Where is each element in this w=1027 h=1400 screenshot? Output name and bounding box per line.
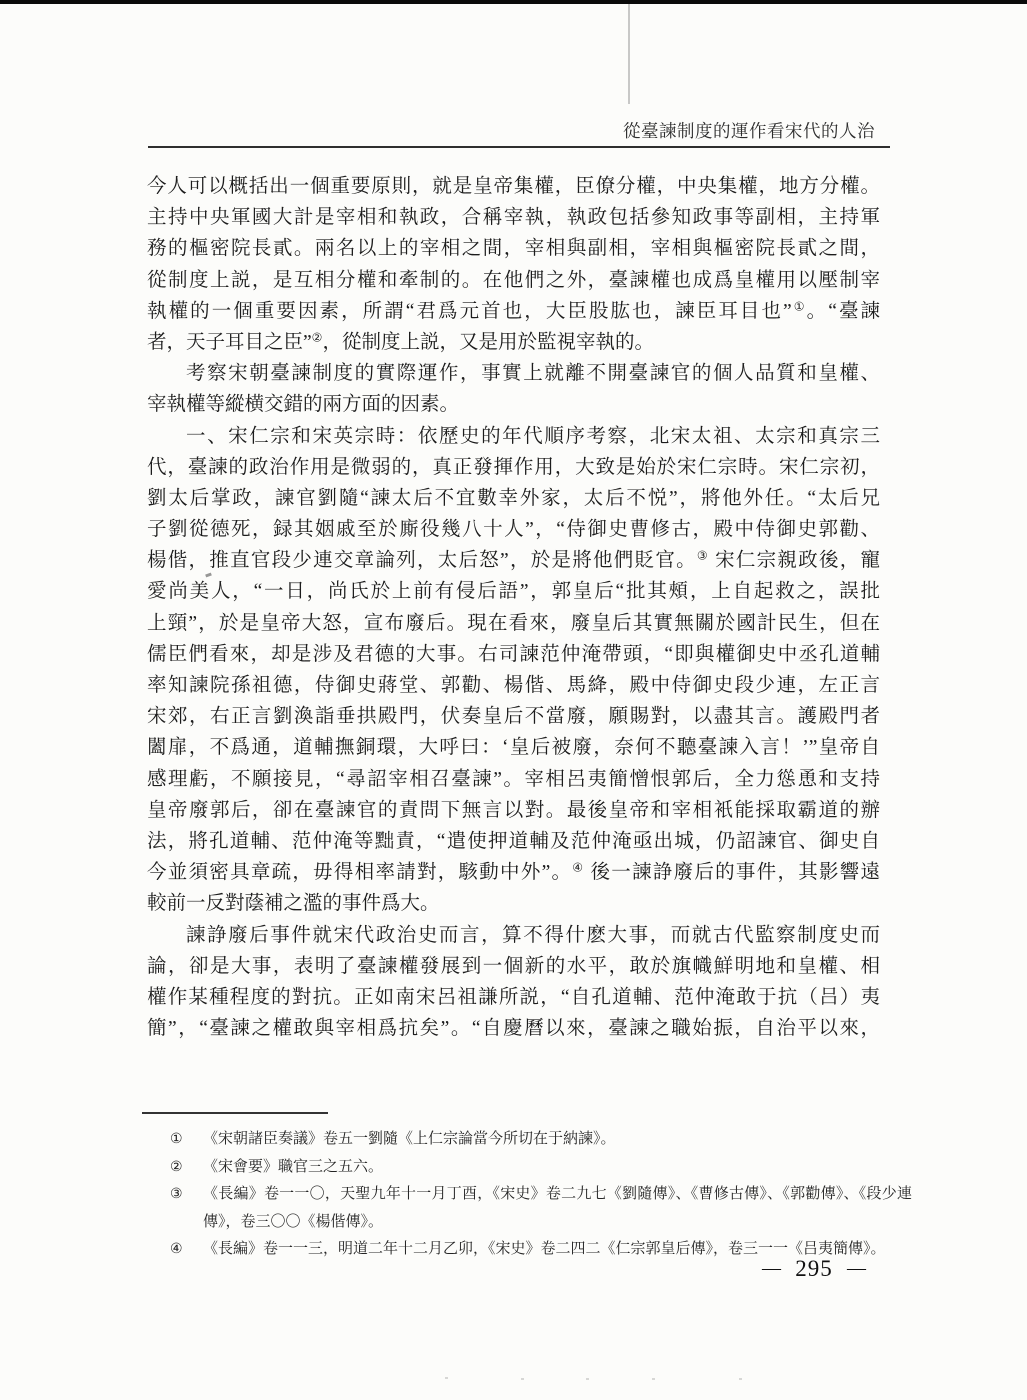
footnote-text: 《宋朝諸臣奏議》卷五一劉隨《上仁宗論當今所切在于納諫》。 [203,1126,912,1154]
body-line: 法，將孔道輔、范仲淹等黜責，“遣使押道輔及范仲淹亟出城，仍詔諫官、御史自 [147,826,880,857]
scan-artifact-line [628,4,630,104]
page-number-dash-right: — [847,1258,866,1280]
body-line: 一、宋仁宗和宋英宗時：依歷史的年代順序考察，北宋太祖、太宗和真宗三 [147,421,880,452]
body-line: 從制度上説，是互相分權和牽制的。在他們之外，臺諫權也成爲皇權用以壓制宰 [147,265,880,296]
body-line: 執權的一個重要因素，所謂“君爲元首也，大臣股肱也，諫臣耳目也”①。“臺諫 [147,296,880,327]
body-line: 宰執權等縱横交錯的兩方面的因素。 [147,389,880,420]
body-line: 愛尚美人，“一日，尚氏於上前有侵后語”，郭皇后“批其頰，上自起救之，誤批 [147,576,880,607]
body-line: 上頸”，於是皇帝大怒，宣布廢后。現在看來，廢皇后其實無關於國計民生，但在 [147,608,880,639]
footnote-text: 《宋會要》職官三之五六。 [203,1154,912,1182]
body-line: 感理虧，不願接見，“尋詔宰相召臺諫”。宰相呂夷簡憎恨郭后，全力慫恿和支持 [147,764,880,795]
body-line: 子劉從德死，録其姻戚至於廝役幾八十人”，“侍御史曹修古，殿中侍御史郭勸、 [147,514,880,545]
body-line: 者，天子耳目之臣”②，從制度上説，又是用於監視宰執的。 [147,327,880,358]
scan-speck [652,1378,655,1380]
footnotes: ① 《宋朝諸臣奏議》卷五一劉隨《上仁宗論當今所切在于納諫》。 ② 《宋會要》職官… [170,1126,912,1264]
body-line: 代，臺諫的政治作用是微弱的，真正發揮作用，大致是始於宋仁宗時。宋仁宗初， [147,452,880,483]
body-line: 務的樞密院長貳。兩名以上的宰相之間，宰相與副相，宰相與樞密院長貳之間， [147,233,880,264]
body-line: 宋郊，右正言劉渙詣垂拱殿門，伏奏皇后不當廢，願賜對，以盡其言。護殿門者 [147,701,880,732]
header-rule [148,146,890,148]
body-line: 儒臣們看來，却是涉及君德的大事。右司諫范仲淹帶頭，“即與權御史中丞孔道輔 [147,639,880,670]
footnote-marker: ③ [170,1181,203,1236]
body-line: 率知諫院孫祖德，侍御史蔣堂、郭勸、楊偕、馬絳，殿中侍御史段少連，左正言 [147,670,880,701]
scan-speck [739,1378,742,1380]
body-line: 主持中央軍國大計是宰相和執政，合稱宰執，執政包括參知政事等副相，主持軍 [147,202,880,233]
scanned-book-page: 從臺諫制度的運作看宋代的人治 今人可以概括出一個重要原則，就是皇帝集權，臣僚分權… [0,0,1027,1400]
footnote-marker: ② [170,1154,203,1182]
footnote-text: 《長編》卷一一〇，天聖九年十一月丁酉，《宋史》卷二九七《劉隨傳》、《曹修古傳》、… [203,1181,912,1236]
page-number-value: 295 [795,1256,833,1282]
scan-speck [521,1378,524,1380]
body-line: 較前一反對蔭補之濫的事件爲大。 [147,888,880,919]
scan-edge-bar [0,0,1027,4]
running-title: 從臺諫制度的運作看宋代的人治 [148,118,875,143]
body-line: 考察宋朝臺諫制度的實際運作，事實上就離不開臺諫官的個人品質和皇權、 [147,358,880,389]
page-number: — 295 — [762,1256,866,1282]
scan-speck [586,1378,589,1380]
body-line: 諫諍廢后事件就宋代政治史而言，算不得什麽大事，而就古代監察制度史而 [147,920,880,951]
body-line: 論，卻是大事，表明了臺諫權發展到一個新的水平，敢於旗幟鮮明地和皇權、相 [147,951,880,982]
footnote-divider [142,1112,328,1114]
footnote-item: ① 《宋朝諸臣奏議》卷五一劉隨《上仁宗論當今所切在于納諫》。 [170,1126,912,1154]
body-line: 簡”，“臺諫之權敢與宰相爲抗矣”。“自慶曆以來，臺諫之職始振，自治平以來， [147,1013,880,1044]
body-line: 皇帝廢郭后，卻在臺諫官的責問下無言以對。最後皇帝和宰相衹能採取霸道的辦 [147,795,880,826]
footnote-marker: ④ [170,1236,203,1264]
body-line: 楊偕，推直官段少連交章論列，太后怒”，於是將他們貶官。③ 宋仁宗親政後，寵 [147,545,880,576]
footnote-item: ② 《宋會要》職官三之五六。 [170,1154,912,1182]
footnote-item: ③ 《長編》卷一一〇，天聖九年十一月丁酉，《宋史》卷二九七《劉隨傳》、《曹修古傳… [170,1181,912,1236]
page-number-dash-left: — [762,1258,781,1280]
body-text: 今人可以概括出一個重要原則，就是皇帝集權，臣僚分權，中央集權，地方分權。 主持中… [147,171,880,1044]
footnote-marker: ① [170,1126,203,1154]
body-line: 今並須密具章疏，毋得相率請對，駭動中外”。④ 後一諫諍廢后的事件，其影響遠 [147,857,880,888]
body-line: 闔扉，不爲通，道輔撫銅環，大呼曰：‘皇后被廢，奈何不聽臺諫入言！’”皇帝自 [147,732,880,763]
scan-speck [445,1377,448,1379]
body-line: 權作某種程度的對抗。正如南宋呂祖謙所説，“自孔道輔、范仲淹敢于抗（吕）夷 [147,982,880,1013]
body-line: 劉太后掌政，諫官劉隨“諫太后不宜數幸外家，太后不悦”，將他外任。“太后兄 [147,483,880,514]
body-line: 今人可以概括出一個重要原則，就是皇帝集權，臣僚分權，中央集權，地方分權。 [147,171,880,202]
